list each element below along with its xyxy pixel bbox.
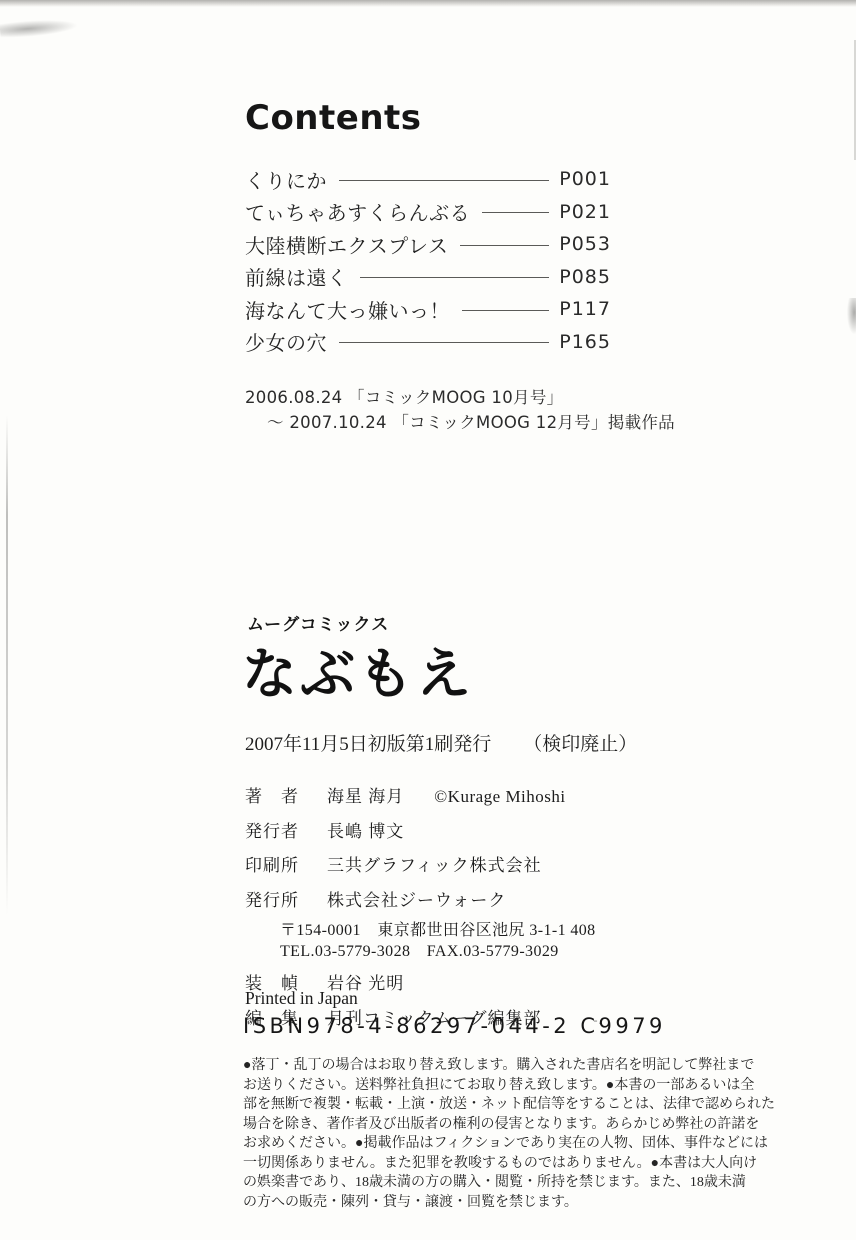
edition-line: 2007年11月5日初版第1刷発行（検印廃止） — [245, 729, 637, 756]
edition-note: （検印廃止） — [523, 734, 637, 755]
legal-line: 一切関係ありません。また犯罪を教唆するものではありません。●本書は大人向け — [243, 1154, 661, 1174]
toc-leader-line — [460, 245, 549, 246]
legal-line: ●落丁・乱丁の場合はお取り替え致します。購入された書店名を明記して弊社まで — [243, 1056, 661, 1076]
toc-title: てぃちゃあすくらんぶる — [245, 197, 470, 226]
colophon-row-publisher-person: 発行者 長嶋 博文 — [245, 817, 665, 842]
toc-page-number: P085 — [559, 266, 611, 288]
toc-row: くりにか P001 — [245, 163, 611, 196]
toc-title: 少女の穴 — [245, 327, 327, 356]
publisher-phone: TEL.03-5779-3028 FAX.03-5779-3029 — [280, 941, 665, 962]
colophon-row-publishing-house: 発行所 株式会社ジーウォーク — [245, 886, 665, 911]
colophon-value: 株式会社ジーウォーク — [327, 886, 506, 911]
toc-leader-line — [482, 212, 549, 213]
scan-crease-left — [6, 415, 8, 915]
toc-leader-line — [339, 180, 549, 181]
toc-page-number: P165 — [559, 331, 611, 353]
toc-row: 海なんて大っ嫌いっ！ P117 — [245, 293, 611, 326]
legal-notice: ●落丁・乱丁の場合はお取り替え致します。購入された書店名を明記して弊社まで お送… — [243, 1056, 661, 1212]
toc-row: 少女の穴 P165 — [245, 326, 611, 359]
toc-row: てぃちゃあすくらんぶる P021 — [245, 196, 611, 229]
scanned-book-page: Contents くりにか P001 てぃちゃあすくらんぶる P021 大陸横断… — [0, 0, 856, 1240]
printed-in-japan: Printed in Japan — [245, 988, 358, 1009]
publisher-address-block: 〒154-0001 東京都世田谷区池尻 3-1-1 408 TEL.03-577… — [280, 920, 665, 962]
colophon-value: 三共グラフィック株式会社 — [327, 851, 542, 876]
toc-leader-line — [339, 342, 549, 343]
isbn-code: ISBN978-4-86297-044-2 C9979 — [243, 1014, 666, 1038]
legal-line: 場合を除き、著作者及び出版者の権利の侵害となります。あらかじめ弊社の許諾を — [243, 1115, 661, 1135]
toc-title: 前線は遠く — [245, 262, 348, 291]
legal-line: お送りください。送料弊社負担にてお取り替え致します。●本書の一部あるいは全 — [243, 1076, 661, 1096]
toc-row: 前線は遠く P085 — [245, 261, 611, 294]
colophon-label: 発行所 — [245, 886, 307, 911]
table-of-contents: くりにか P001 てぃちゃあすくらんぶる P021 大陸横断エクスプレス P0… — [245, 163, 611, 358]
colophon-label: 著 者 — [245, 782, 307, 807]
toc-page-number: P117 — [559, 298, 611, 320]
edition-date: 2007年11月5日初版第1刷発行 — [245, 734, 491, 755]
colophon-label: 発行者 — [245, 817, 307, 842]
colophon-label: 印刷所 — [245, 851, 307, 876]
legal-line: の娯楽書であり、18歳未満の方の購入・閲覧・所持を禁じます。また、18歳未満 — [243, 1173, 661, 1193]
colophon-value: 長嶋 博文 — [327, 817, 404, 842]
scan-edge-top — [0, 0, 856, 7]
serialization-note: 2006.08.24 「コミックMOOG 10月号」 ～ 2007.10.24 … — [245, 385, 675, 435]
scan-smudge-top-left — [0, 17, 78, 38]
copyright-credit: ©Kurage Mihoshi — [434, 787, 565, 807]
toc-page-number: P021 — [559, 201, 611, 223]
colophon-value: 海星 海月 — [327, 782, 404, 807]
toc-leader-line — [462, 310, 549, 311]
toc-page-number: P053 — [559, 233, 611, 255]
colophon-row-printer: 印刷所 三共グラフィック株式会社 — [245, 851, 665, 876]
publisher-address: 〒154-0001 東京都世田谷区池尻 3-1-1 408 — [280, 920, 665, 941]
toc-title: くりにか — [245, 165, 327, 194]
legal-line: 部を無断で複製・転載・上演・放送・ネット配信等をすることは、法律で認められた — [243, 1095, 661, 1115]
toc-title: 海なんて大っ嫌いっ！ — [245, 295, 450, 324]
legal-line: お求めください。●掲載作品はフィクションであり実在の人物、団体、事件などには — [243, 1134, 661, 1154]
toc-title: 大陸横断エクスプレス — [245, 230, 448, 259]
book-title: なぶもえ — [242, 630, 474, 709]
colophon-row-author: 著 者 海星 海月 ©Kurage Mihoshi — [245, 782, 665, 807]
toc-leader-line — [360, 277, 550, 278]
serialization-note-line1: 2006.08.24 「コミックMOOG 10月号」 — [245, 385, 675, 410]
contents-heading: Contents — [245, 98, 422, 138]
toc-row: 大陸横断エクスプレス P053 — [245, 228, 611, 261]
toc-page-number: P001 — [559, 168, 611, 190]
legal-line: の方への販売・陳列・貸与・譲渡・回覧を禁じます。 — [243, 1193, 661, 1213]
serialization-note-line2: ～ 2007.10.24 「コミックMOOG 12月号」掲載作品 — [245, 410, 675, 435]
scan-smudge-right — [847, 298, 856, 334]
